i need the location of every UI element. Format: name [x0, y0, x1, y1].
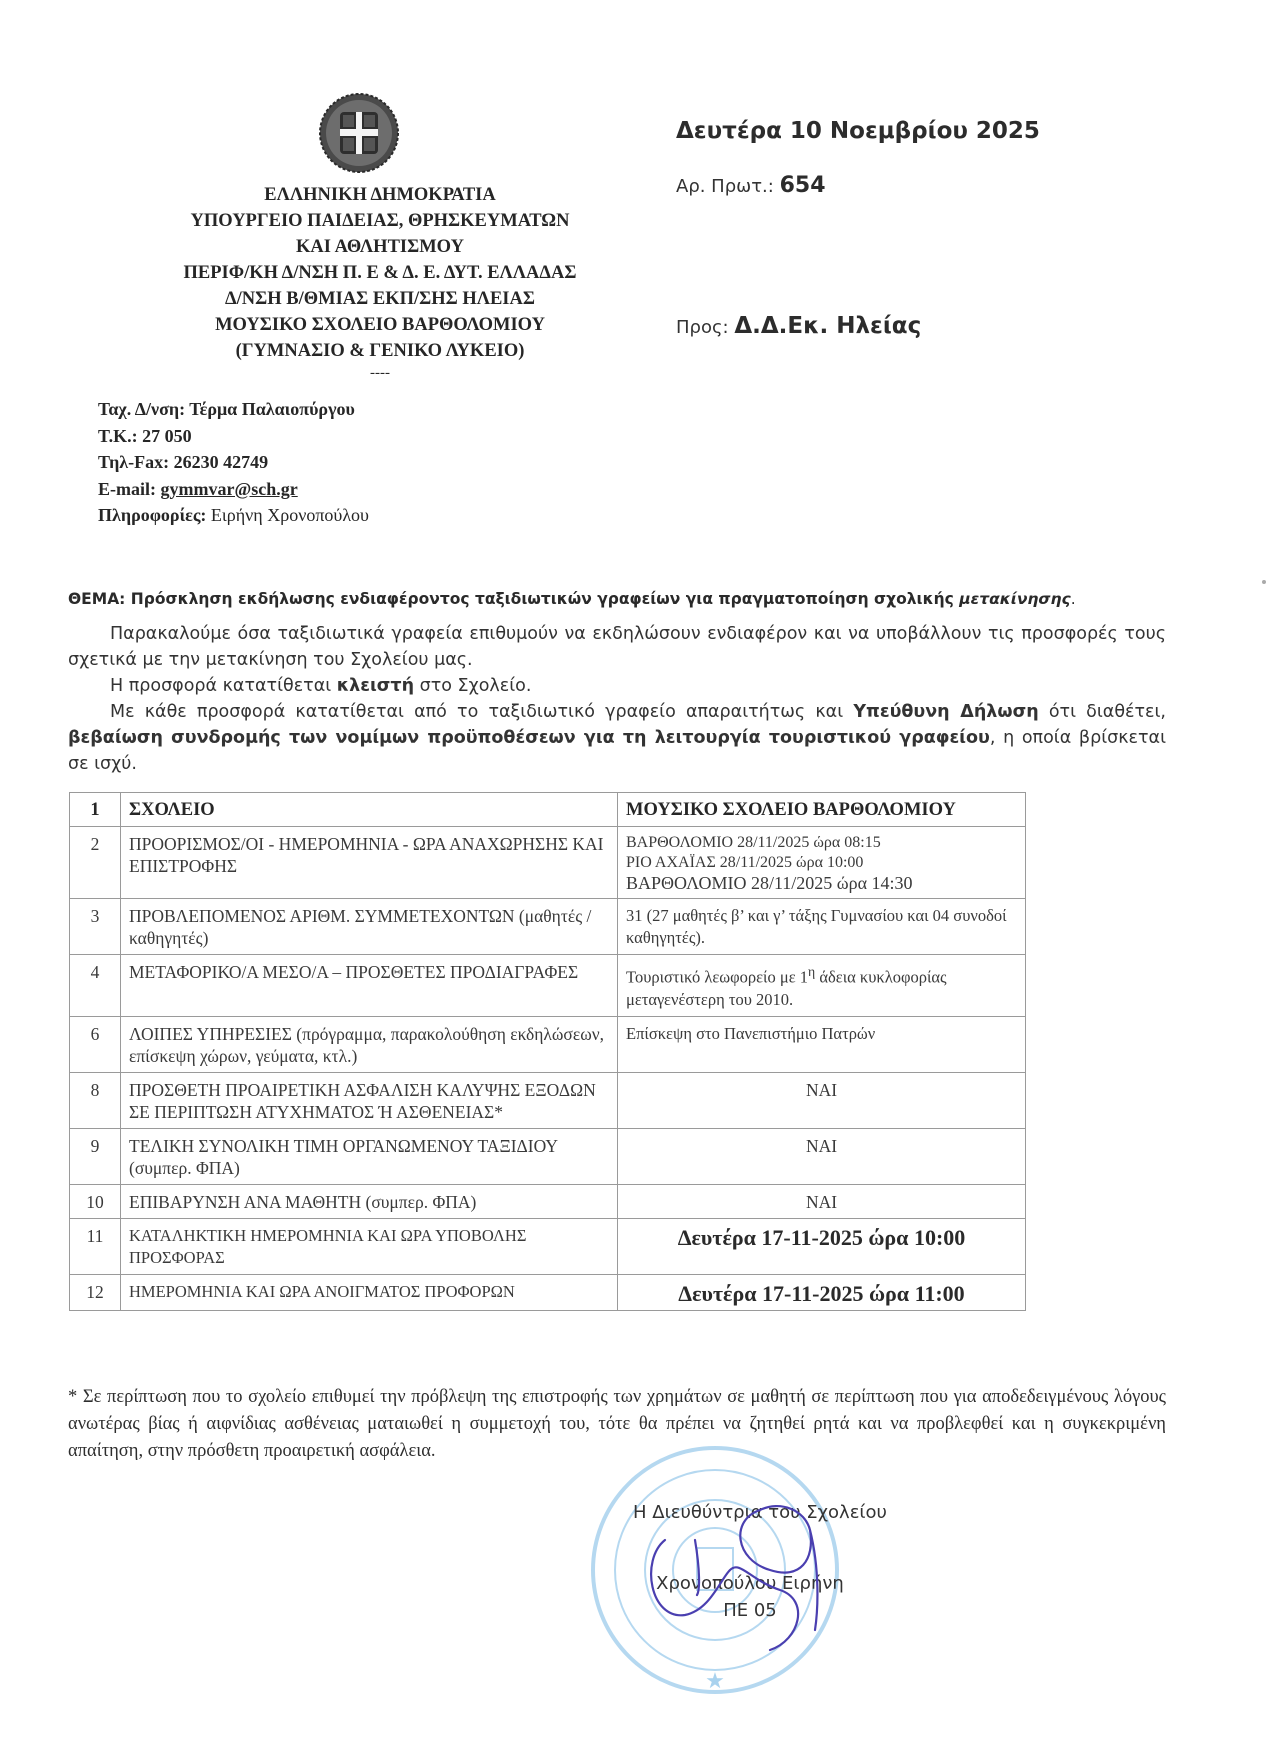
- subject-text-italic: μετακίνησης: [959, 590, 1071, 608]
- row-number: 6: [70, 1016, 121, 1072]
- issuing-authority-block: ΕΛΛΗΝΙΚΗ ΔΗΜΟΚΡΑΤΙΑ ΥΠΟΥΡΓΕΙΟ ΠΑΙΔΕΙΑΣ, …: [140, 182, 620, 382]
- row-value: ΝΑΙ: [618, 1184, 1026, 1218]
- authority-line: ΜΟΥΣΙΚΟ ΣΧΟΛΕΙΟ ΒΑΡΘΟΛΟΜΙΟΥ: [140, 312, 620, 338]
- table-row: 12 ΗΜΕΡΟΜΗΝΙΑ ΚΑΙ ΩΡΑ ΑΝΟΙΓΜΑΤΟΣ ΠΡΟΦΟΡΩ…: [70, 1274, 1026, 1310]
- row-value: ΒΑΡΘΟΛΟΜΙΟ 28/11/2025 ώρα 08:15 ΡΙΟ ΑΧΑΪ…: [618, 827, 1026, 899]
- address-label: Ταχ. Δ/νση:: [98, 399, 185, 419]
- table-row: 11 ΚΑΤΑΛΗΚΤΙΚΗ ΗΜΕΡΟΜΗΝΙΑ ΚΑΙ ΩΡΑ ΥΠΟΒΟΛ…: [70, 1218, 1026, 1274]
- email-line: E-mail: gymmvar@sch.gr: [98, 476, 369, 503]
- table-row: 2 ΠΡΟΟΡΙΣΜΟΣ/ΟΙ - ΗΜΕΡΟΜΗΝΙΑ - ΩΡΑ ΑΝΑΧΩ…: [70, 827, 1026, 899]
- row-number: 1: [70, 793, 121, 827]
- address-line: Ταχ. Δ/νση: Τέρμα Παλαιοπύργου: [98, 396, 369, 423]
- row-number: 11: [70, 1218, 121, 1274]
- row-number: 4: [70, 955, 121, 1017]
- postcode-value: 27 050: [142, 426, 192, 446]
- p3-text: Με κάθε προσφορά κατατίθεται από το ταξι…: [110, 702, 853, 722]
- table-row: 9 ΤΕΛΙΚΗ ΣΥΝΟΛΙΚΗ ΤΙΜΗ ΟΡΓΑΝΩΜΕΝΟΥ ΤΑΞΙΔ…: [70, 1128, 1026, 1184]
- row-label: ΜΕΤΑΦΟΡΙΚΟ/Α ΜΕΣΟ/Α – ΠΡΟΣΘΕΤΕΣ ΠΡΟΔΙΑΓΡ…: [121, 955, 618, 1017]
- email-link[interactable]: gymmvar@sch.gr: [161, 479, 298, 499]
- contact-block: Ταχ. Δ/νση: Τέρμα Παλαιοπύργου Τ.Κ.: 27 …: [98, 396, 369, 529]
- row-value: Δευτέρα 17-11-2025 ώρα 10:00: [618, 1218, 1026, 1274]
- address-value: Τέρμα Παλαιοπύργου: [189, 399, 355, 419]
- recipient-value: Δ.Δ.Εκ. Ηλείας: [734, 313, 921, 339]
- table-row: 6 ΛΟΙΠΕΣ ΥΠΗΡΕΣΙΕΣ (πρόγραμμα, παρακολού…: [70, 1016, 1026, 1072]
- p2-bold: κλειστή: [337, 676, 414, 696]
- info-line: Πληροφορίες: Ειρήνη Χρονοπούλου: [98, 502, 369, 529]
- row-label: ΚΑΤΑΛΗΚΤΙΚΗ ΗΜΕΡΟΜΗΝΙΑ ΚΑΙ ΩΡΑ ΥΠΟΒΟΛΗΣ …: [121, 1218, 618, 1274]
- p3-bold-1: Υπεύθυνη Δήλωση: [853, 702, 1038, 722]
- row-value: ΜΟΥΣΙΚΟ ΣΧΟΛΕΙΟ ΒΑΡΘΟΛΟΜΙΟΥ: [618, 793, 1026, 827]
- recipient-line: Προς: Δ.Δ.Εκ. Ηλείας: [676, 313, 921, 339]
- greek-emblem-icon: [318, 92, 400, 174]
- paragraph-2: Η προσφορά κατατίθεται κλειστή στο Σχολε…: [68, 673, 1166, 699]
- subject-text: Πρόσκληση εκδήλωσης ενδιαφέροντος ταξιδι…: [131, 590, 954, 608]
- postcode-line: Τ.Κ.: 27 050: [98, 423, 369, 450]
- authority-line: ΠΕΡΙΦ/ΚΗ Δ/ΝΣΗ Π. Ε & Δ. Ε. ΔΥΤ. ΕΛΛΑΔΑΣ: [140, 260, 620, 286]
- p2-text-end: στο Σχολείο.: [414, 676, 531, 696]
- row-label: ΤΕΛΙΚΗ ΣΥΝΟΛΙΚΗ ΤΙΜΗ ΟΡΓΑΝΩΜΕΝΟΥ ΤΑΞΙΔΙΟ…: [121, 1128, 618, 1184]
- table-row: 10 ΕΠΙΒΑΡΥΝΣΗ ΑΝΑ ΜΑΘΗΤΗ (συμπερ. ΦΠΑ) Ν…: [70, 1184, 1026, 1218]
- phone-line: Τηλ-Fax: 26230 42749: [98, 449, 369, 476]
- postcode-label: Τ.Κ.:: [98, 426, 138, 446]
- table-row: 8 ΠΡΟΣΘΕΤΗ ΠΡΟΑΙΡΕΤΙΚΗ ΑΣΦΑΛΙΣΗ ΚΑΛΥΨΗΣ …: [70, 1072, 1026, 1128]
- row-value: Επίσκεψη στο Πανεπιστήμιο Πατρών: [618, 1016, 1026, 1072]
- email-label: E-mail:: [98, 479, 156, 499]
- table-row: 1 ΣΧΟΛΕΙΟ ΜΟΥΣΙΚΟ ΣΧΟΛΕΙΟ ΒΑΡΘΟΛΟΜΙΟΥ: [70, 793, 1026, 827]
- protocol-label: Αρ. Πρωτ.:: [676, 176, 774, 197]
- paragraph-1: Παρακαλούμε όσα ταξιδιωτικά γραφεία επιθ…: [68, 621, 1166, 673]
- subject-end: .: [1071, 590, 1076, 608]
- recipient-label: Προς:: [676, 317, 729, 338]
- scan-artifact: [1262, 580, 1266, 584]
- authority-line: (ΓΥΜΝΑΣΙΟ & ΓΕΝΙΚΟ ΛΥΚΕΙΟ): [140, 338, 620, 364]
- table-row: 3 ΠΡΟΒΛΕΠΟΜΕΝΟΣ ΑΡΙΘΜ. ΣΥΜΜΕΤΕΧΟΝΤΩΝ (μα…: [70, 899, 1026, 955]
- protocol-number: 654: [780, 173, 826, 198]
- authority-line: ΕΛΛΗΝΙΚΗ ΔΗΜΟΚΡΑΤΙΑ: [140, 182, 620, 208]
- protocol-number-line: Αρ. Πρωτ.: 654: [676, 173, 826, 198]
- phone-label: Τηλ-Fax:: [98, 452, 169, 472]
- separator: ----: [140, 364, 620, 382]
- itinerary-line: ΡΙΟ ΑΧΑΪΑΣ 28/11/2025 ώρα 10:00: [626, 853, 1017, 873]
- authority-line: Δ/ΝΣΗ Β/ΘΜΙΑΣ ΕΚΠ/ΣΗΣ ΗΛΕΙΑΣ: [140, 286, 620, 312]
- svg-text:★: ★: [705, 1669, 725, 1694]
- row-label: ΣΧΟΛΕΙΟ: [121, 793, 618, 827]
- row-number: 8: [70, 1072, 121, 1128]
- subject-line: ΘΕΜΑ: Πρόσκληση εκδήλωσης ενδιαφέροντος …: [68, 590, 1076, 608]
- row-number: 2: [70, 827, 121, 899]
- body-text: Παρακαλούμε όσα ταξιδιωτικά γραφεία επιθ…: [68, 621, 1166, 777]
- row-value: Δευτέρα 17-11-2025 ώρα 11:00: [618, 1274, 1026, 1310]
- info-value: Ειρήνη Χρονοπούλου: [211, 505, 369, 525]
- row-number: 9: [70, 1128, 121, 1184]
- row-label: ΠΡΟΣΘΕΤΗ ΠΡΟΑΙΡΕΤΙΚΗ ΑΣΦΑΛΙΣΗ ΚΑΛΥΨΗΣ ΕΞ…: [121, 1072, 618, 1128]
- row-label: ΛΟΙΠΕΣ ΥΠΗΡΕΣΙΕΣ (πρόγραμμα, παρακολούθη…: [121, 1016, 618, 1072]
- document-date: Δευτέρα 10 Νοεμβρίου 2025: [676, 118, 1040, 144]
- itinerary-line: ΒΑΡΘΟΛΟΜΙΟ 28/11/2025 ώρα 14:30: [626, 873, 1017, 893]
- row-label: ΕΠΙΒΑΡΥΝΣΗ ΑΝΑ ΜΑΘΗΤΗ (συμπερ. ΦΠΑ): [121, 1184, 618, 1218]
- table-row: 4 ΜΕΤΑΦΟΡΙΚΟ/Α ΜΕΣΟ/Α – ΠΡΟΣΘΕΤΕΣ ΠΡΟΔΙΑ…: [70, 955, 1026, 1017]
- itinerary-line: ΒΑΡΘΟΛΟΜΙΟ 28/11/2025 ώρα 08:15: [626, 833, 1017, 853]
- phone-value: 26230 42749: [174, 452, 269, 472]
- row-label: ΗΜΕΡΟΜΗΝΙΑ ΚΑΙ ΩΡΑ ΑΝΟΙΓΜΑΤΟΣ ΠΡΟΦΟΡΩΝ: [121, 1274, 618, 1310]
- row-number: 3: [70, 899, 121, 955]
- requirements-table: 1 ΣΧΟΛΕΙΟ ΜΟΥΣΙΚΟ ΣΧΟΛΕΙΟ ΒΑΡΘΟΛΟΜΙΟΥ 2 …: [69, 792, 1026, 1311]
- row-value: 31 (27 μαθητές β’ και γ’ τάξης Γυμνασίου…: [618, 899, 1026, 955]
- row-number: 10: [70, 1184, 121, 1218]
- authority-line: ΚΑΙ ΑΘΛΗΤΙΣΜΟΥ: [140, 234, 620, 260]
- p2-text: Η προσφορά κατατίθεται: [110, 676, 337, 696]
- row-label: ΠΡΟΒΛΕΠΟΜΕΝΟΣ ΑΡΙΘΜ. ΣΥΜΜΕΤΕΧΟΝΤΩΝ (μαθη…: [121, 899, 618, 955]
- row-number: 12: [70, 1274, 121, 1310]
- p3-bold-2: βεβαίωση συνδρομής των νομίμων προϋποθέσ…: [68, 728, 990, 748]
- authority-line: ΥΠΟΥΡΓΕΙΟ ΠΑΙΔΕΙΑΣ, ΘΡΗΣΚΕΥΜΑΤΩΝ: [140, 208, 620, 234]
- row-value: ΝΑΙ: [618, 1072, 1026, 1128]
- paragraph-3: Με κάθε προσφορά κατατίθεται από το ταξι…: [68, 699, 1166, 777]
- row-label: ΠΡΟΟΡΙΣΜΟΣ/ΟΙ - ΗΜΕΡΟΜΗΝΙΑ - ΩΡΑ ΑΝΑΧΩΡΗ…: [121, 827, 618, 899]
- row-value: Τουριστικό λεωφορείο με 1η άδεια κυκλοφο…: [618, 955, 1026, 1017]
- info-label: Πληροφορίες:: [98, 505, 206, 525]
- value-text: Τουριστικό λεωφορείο με 1: [626, 968, 808, 987]
- subject-label: ΘΕΜΑ:: [68, 590, 125, 608]
- handwritten-signature-icon: [640, 1500, 840, 1660]
- row-value: ΝΑΙ: [618, 1128, 1026, 1184]
- p3-text-mid: ότι διαθέτει,: [1039, 702, 1166, 722]
